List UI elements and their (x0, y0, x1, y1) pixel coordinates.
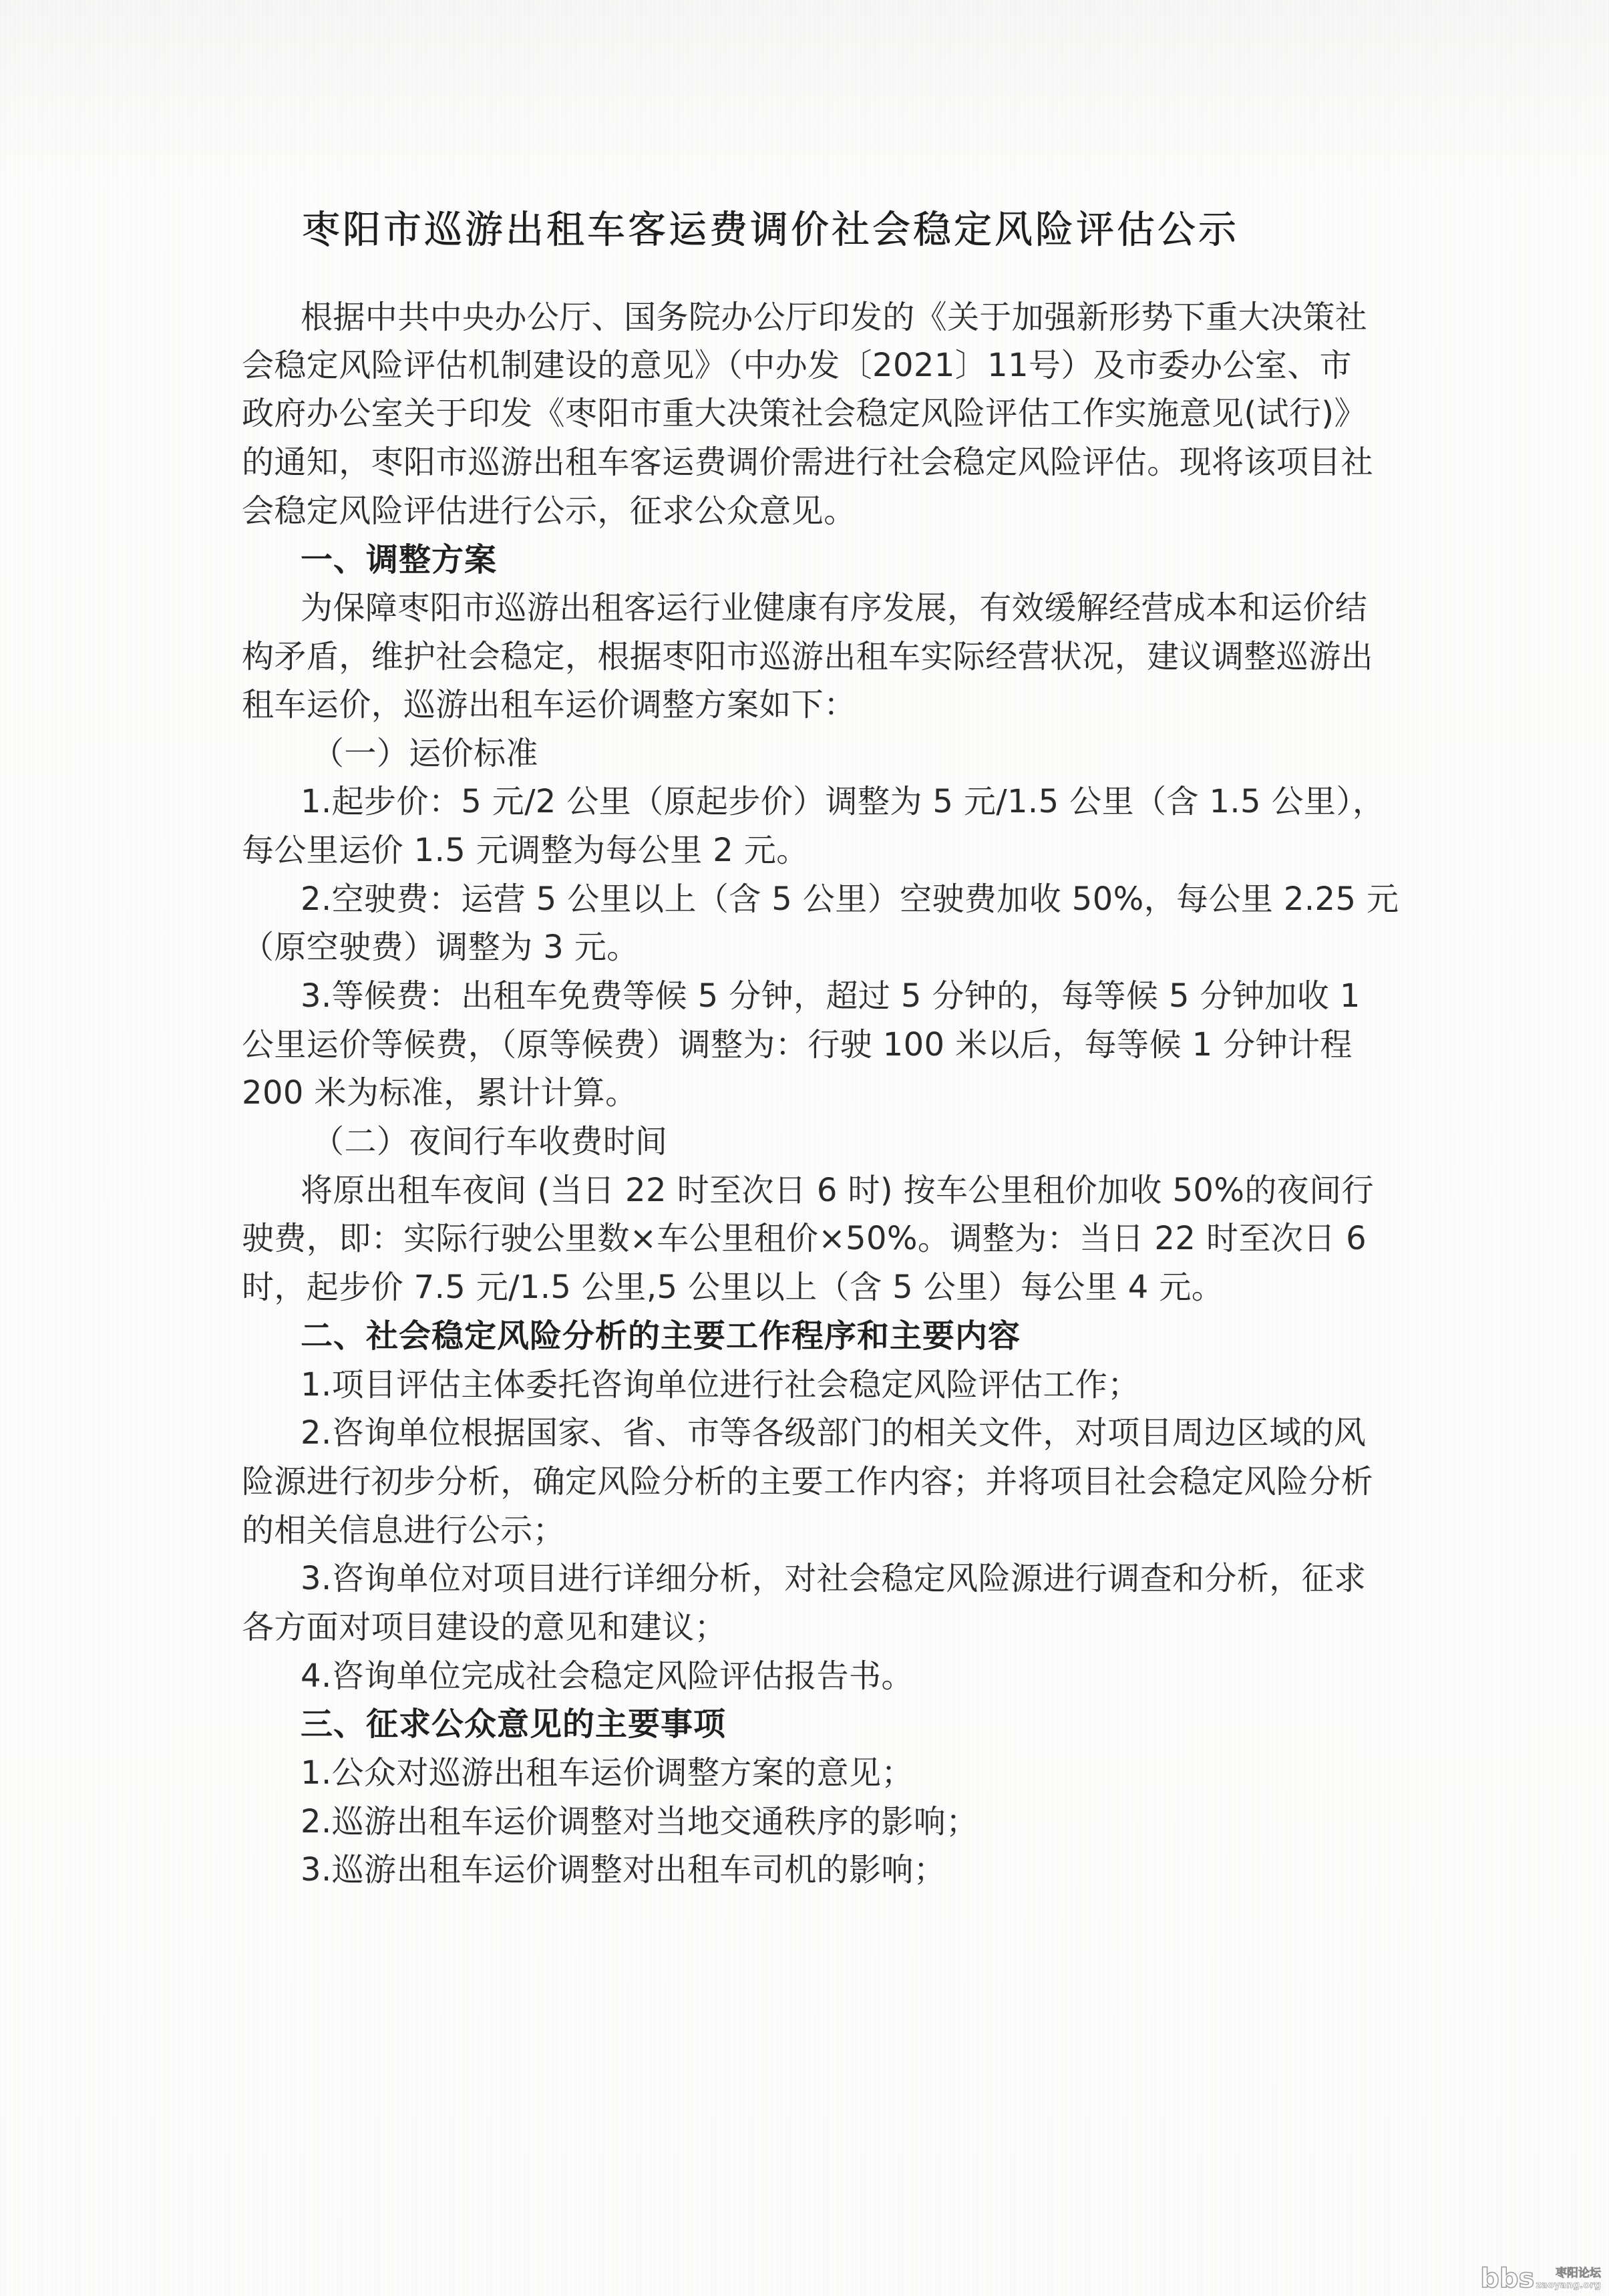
intro-line: 根据中共中央办公厅、国务院办公厅印发的《关于加强新形势下重大决策社 (301, 297, 1367, 337)
site-watermark: bbs 枣阳论坛 zaoyang.org (1480, 2263, 1601, 2291)
list-item-line: （原空驶费）调整为 3 元。 (242, 927, 639, 967)
watermark-site-name: 枣阳论坛 (1556, 2263, 1601, 2280)
watermark-site-url: zaoyang.org (1536, 2280, 1601, 2291)
paragraph-line: 驶费，即：实际行驶公里数×车公里租价×50%。调整为：当日 22 时至次日 6 (242, 1218, 1367, 1259)
list-item-line: 2.空驶费：运营 5 公里以上（含 5 公里）空驶费加收 50%，每公里 2.2… (301, 879, 1399, 919)
list-item-line: 3.等候费：出租车免费等候 5 分钟，超过 5 分钟的，每等候 5 分钟加收 1 (301, 976, 1361, 1016)
section-heading-public-opinion: 三、征求公众意见的主要事项 (301, 1704, 726, 1744)
list-item-line: 每公里运价 1.5 元调整为每公里 2 元。 (242, 830, 809, 870)
watermark-logo: bbs (1480, 2267, 1534, 2291)
list-item-line: 1.公众对巡游出租车运价调整方案的意见； (301, 1753, 914, 1793)
list-item-line: 公里运价等候费，（原等候费）调整为：行驶 100 米以后，每等候 1 分钟计程 (242, 1025, 1353, 1065)
intro-line: 会稳定风险评估进行公示，征求公众意见。 (242, 491, 856, 531)
paragraph-line: 时，起步价 7.5 元/1.5 公里,5 公里以上（含 5 公里）每公里 4 元… (242, 1267, 1224, 1307)
intro-line: 会稳定风险评估机制建设的意见》（中办发〔2021〕11号）及市委办公室、市 (242, 345, 1352, 385)
list-item-line: 1.项目评估主体委托咨询单位进行社会稳定风险评估工作； (301, 1365, 1140, 1405)
list-item-line: 险源进行初步分析，确定风险分析的主要工作内容；并将项目社会稳定风险分析 (242, 1462, 1373, 1502)
paragraph-line: 租车运价，巡游出租车运价调整方案如下： (242, 685, 856, 725)
list-item-line: 的相关信息进行公示； (242, 1510, 565, 1550)
paragraph-line: 构矛盾，维护社会稳定，根据枣阳市巡游出租车实际经营状况，建议调整巡游出 (242, 637, 1373, 677)
paragraph-line: 将原出租车夜间 (当日 22 时至次日 6 时) 按车公里租价加收 50%的夜间… (301, 1170, 1374, 1210)
list-item-line: 2.巡游出租车运价调整对当地交通秩序的影响； (301, 1802, 978, 1842)
list-item-line: 200 米为标准，累计计算。 (242, 1073, 637, 1113)
paragraph-line: 为保障枣阳市巡游出租客运行业健康有序发展，有效缓解经营成本和运价结 (301, 588, 1367, 628)
list-item-line: 4.咨询单位完成社会稳定风险评估报告书。 (301, 1656, 914, 1696)
intro-line: 的通知，枣阳市巡游出租车客运费调价需进行社会稳定风险评估。现将该项目社 (242, 442, 1373, 482)
section-heading-adjustment-plan: 一、调整方案 (301, 540, 497, 580)
list-item-line: 1.起步价：5 元/2 公里（原起步价）调整为 5 元/1.5 公里（含 1.5… (301, 782, 1385, 822)
subsection-heading-fare-standard: （一）运价标准 (312, 733, 538, 774)
intro-line: 政府办公室关于印发《枣阳市重大决策社会稳定风险评估工作实施意见(试行)》 (242, 393, 1367, 434)
document-title: 枣阳市巡游出租车客运费调价社会稳定风险评估公示 (302, 199, 1371, 254)
paper-background (0, 0, 1609, 2296)
section-heading-risk-analysis: 二、社会稳定风险分析的主要工作程序和主要内容 (301, 1316, 1021, 1356)
list-item-line: 2.咨询单位根据国家、省、市等各级部门的相关文件，对项目周边区域的风 (301, 1413, 1366, 1453)
list-item-line: 3.咨询单位对项目进行详细分析，对社会稳定风险源进行调查和分析，征求 (301, 1559, 1366, 1599)
subsection-heading-night-fare: （二）夜间行车收费时间 (312, 1122, 667, 1162)
list-item-line: 各方面对项目建设的意见和建议； (242, 1607, 727, 1647)
list-item-line: 3.巡游出租车运价调整对出租车司机的影响； (301, 1850, 946, 1890)
